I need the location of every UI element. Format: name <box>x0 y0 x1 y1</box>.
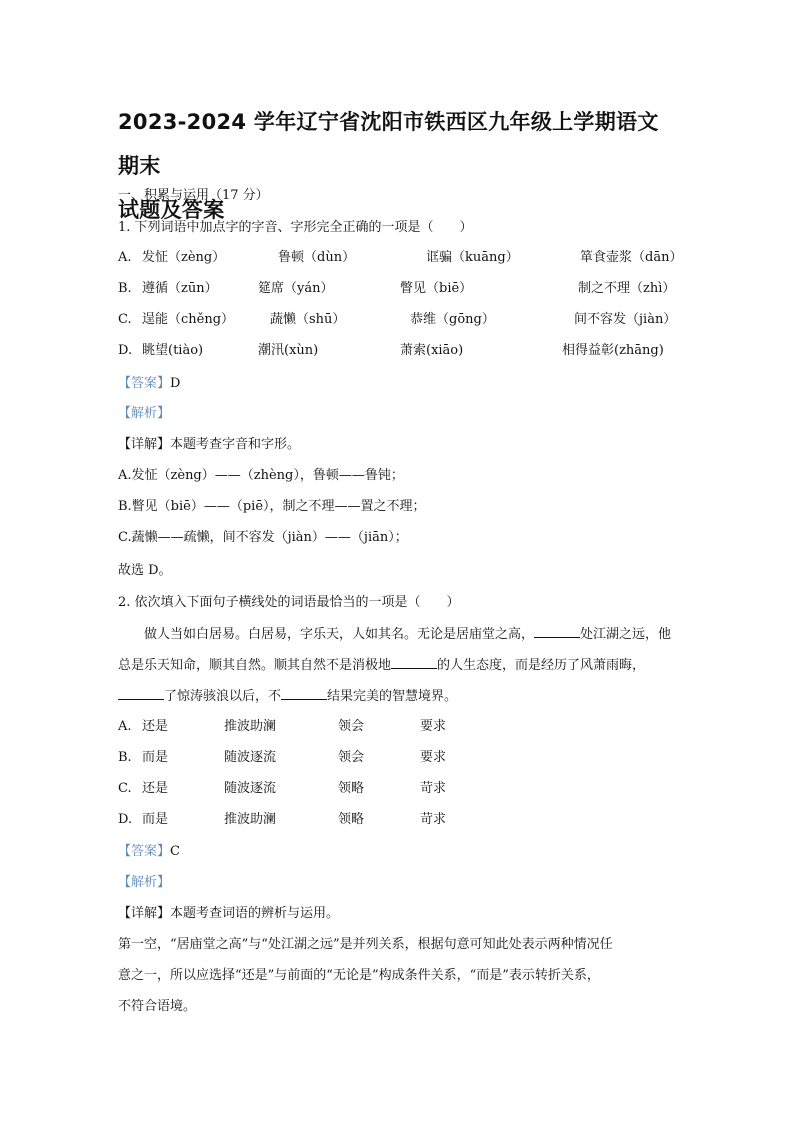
fill-blank-1 <box>534 625 580 638</box>
q1-analysis-tag: 【解析】 <box>118 404 170 424</box>
passage-text: 的人生态度，而是经历了风萧雨晦， <box>437 658 645 673</box>
fill-blank-4 <box>281 687 327 700</box>
q2-option-d: D. 而是 推波助澜 领略 苛求 <box>118 810 678 830</box>
q1-conclusion: 故选 D。 <box>118 561 172 581</box>
option-item: 领会 <box>338 717 364 737</box>
option-item: 相得益彰(zhāng) <box>562 341 664 361</box>
fill-blank-2 <box>391 656 437 669</box>
q2-option-c: C. 还是 随波逐流 领略 苛求 <box>118 779 678 799</box>
q1-detail-line: A.发怔（zèng）——（zhèng），鲁顿——鲁钝； <box>118 466 404 486</box>
option-item: 而是 <box>142 810 168 830</box>
detail-tag: 【详解】 <box>118 906 170 921</box>
q1-answer: 【答案】D <box>118 374 180 394</box>
option-item: 推波助澜 <box>224 717 276 737</box>
option-item: 还是 <box>142 779 168 799</box>
q2-explain-line: 第一空，“居庙堂之高”与“处江湖之远”是并列关系，根据句意可知此处表示两种情况任 <box>118 935 613 955</box>
q1-detail-line: B.瞥见（biē）——（piē），制之不理——置之不理； <box>118 497 426 517</box>
option-item: 遵循（zūn） <box>142 279 218 299</box>
q2-answer: 【答案】C <box>118 842 180 862</box>
q1-stem: 1. 下列词语中加点字的字音、字形完全正确的一项是（ ） <box>118 218 473 238</box>
passage-text: 结果完美的智慧境界。 <box>327 689 457 704</box>
option-item: 苛求 <box>420 779 446 799</box>
q2-explain-line: 不符合语境。 <box>118 997 196 1017</box>
option-label: D. <box>118 341 132 361</box>
option-item: 领略 <box>338 810 364 830</box>
option-label: D. <box>118 810 132 830</box>
title-line-1: 2023-2024 学年辽宁省沈阳市铁西区九年级上学期语文期末 <box>118 100 678 188</box>
q2-option-b: B. 而是 随波逐流 领会 要求 <box>118 748 678 768</box>
option-item: 领略 <box>338 779 364 799</box>
q1-option-a: A. 发怔（zèng） 鲁顿（dùn） 诓骗（kuāng） 箪食壶浆（dān） <box>118 248 678 268</box>
q1-detail-line: C.蔬懒——疏懒，间不容发（jiàn）——（jiān）； <box>118 528 408 548</box>
q1-option-d: D. 眺望(tiào) 潮汛(xùn) 萧索(xiāo) 相得益彰(zhāng) <box>118 341 678 361</box>
option-label: A. <box>118 717 132 737</box>
option-item: 瞥见（biē） <box>400 279 472 299</box>
option-label: A. <box>118 248 132 268</box>
document-title: 2023-2024 学年辽宁省沈阳市铁西区九年级上学期语文期末 试题及答案 <box>118 100 678 232</box>
q2-option-a: A. 还是 推波助澜 领会 要求 <box>118 717 678 737</box>
detail-text: 本题考查词语的辨析与运用。 <box>170 906 339 921</box>
q2-detail: 【详解】本题考查词语的辨析与运用。 <box>118 904 339 924</box>
option-item: 要求 <box>420 717 446 737</box>
option-item: 逞能（chěng） <box>142 310 234 330</box>
option-item: 眺望(tiào) <box>142 341 203 361</box>
option-item: 要求 <box>420 748 446 768</box>
option-item: 筵席（yán） <box>258 279 333 299</box>
fill-blank-3 <box>118 687 164 700</box>
passage-text: 做人当如白居易。白居易，字乐天，人如其名。无论是居庙堂之高， <box>144 627 534 642</box>
option-item: 苛求 <box>420 810 446 830</box>
detail-tag: 【详解】 <box>118 437 170 452</box>
option-item: 萧索(xiāo) <box>400 341 463 361</box>
q1-detail: 【详解】本题考查字音和字形。 <box>118 435 300 455</box>
detail-text: 本题考查字音和字形。 <box>170 437 300 452</box>
q1-option-b: B. 遵循（zūn） 筵席（yán） 瞥见（biē） 制之不理（zhì） <box>118 279 678 299</box>
answer-value: D <box>170 376 180 391</box>
answer-value: C <box>170 844 180 859</box>
option-item: 恭维（gōng） <box>410 310 495 330</box>
option-item: 随波逐流 <box>224 748 276 768</box>
option-item: 鲁顿（dùn） <box>278 248 355 268</box>
option-label: B. <box>118 748 132 768</box>
option-item: 而是 <box>142 748 168 768</box>
option-item: 箪食壶浆（dān） <box>580 248 682 268</box>
option-item: 随波逐流 <box>224 779 276 799</box>
section-heading: 一、积累与运用（17 分） <box>118 186 269 206</box>
q2-analysis-tag: 【解析】 <box>118 873 170 893</box>
answer-tag: 【答案】 <box>118 376 170 391</box>
q2-stem: 2. 依次填入下面句子横线处的词语最恰当的一项是（ ） <box>118 593 460 613</box>
option-item: 诓骗（kuāng） <box>426 248 519 268</box>
answer-tag: 【答案】 <box>118 844 170 859</box>
q2-passage: 做人当如白居易。白居易，字乐天，人如其名。无论是居庙堂之高，处江湖之远，他总是乐… <box>118 619 678 712</box>
option-label: C. <box>118 310 132 330</box>
option-item: 间不容发（jiàn） <box>574 310 676 330</box>
passage-text: 了惊涛骇浪以后，不 <box>164 689 281 704</box>
option-label: B. <box>118 279 132 299</box>
option-item: 推波助澜 <box>224 810 276 830</box>
option-item: 发怔（zèng） <box>142 248 225 268</box>
option-item: 蔬懒（shū） <box>270 310 345 330</box>
option-item: 领会 <box>338 748 364 768</box>
passage-text: 处江湖之远， <box>580 627 658 642</box>
option-label: C. <box>118 779 132 799</box>
option-item: 制之不理（zhì） <box>578 279 675 299</box>
q1-option-c: C. 逞能（chěng） 蔬懒（shū） 恭维（gōng） 间不容发（jiàn） <box>118 310 678 330</box>
option-item: 潮汛(xùn) <box>258 341 318 361</box>
q2-explain-line: 意之一，所以应选择“还是”与前面的“无论是”构成条件关系，“而是”表示转折关系， <box>118 966 600 986</box>
option-item: 还是 <box>142 717 168 737</box>
